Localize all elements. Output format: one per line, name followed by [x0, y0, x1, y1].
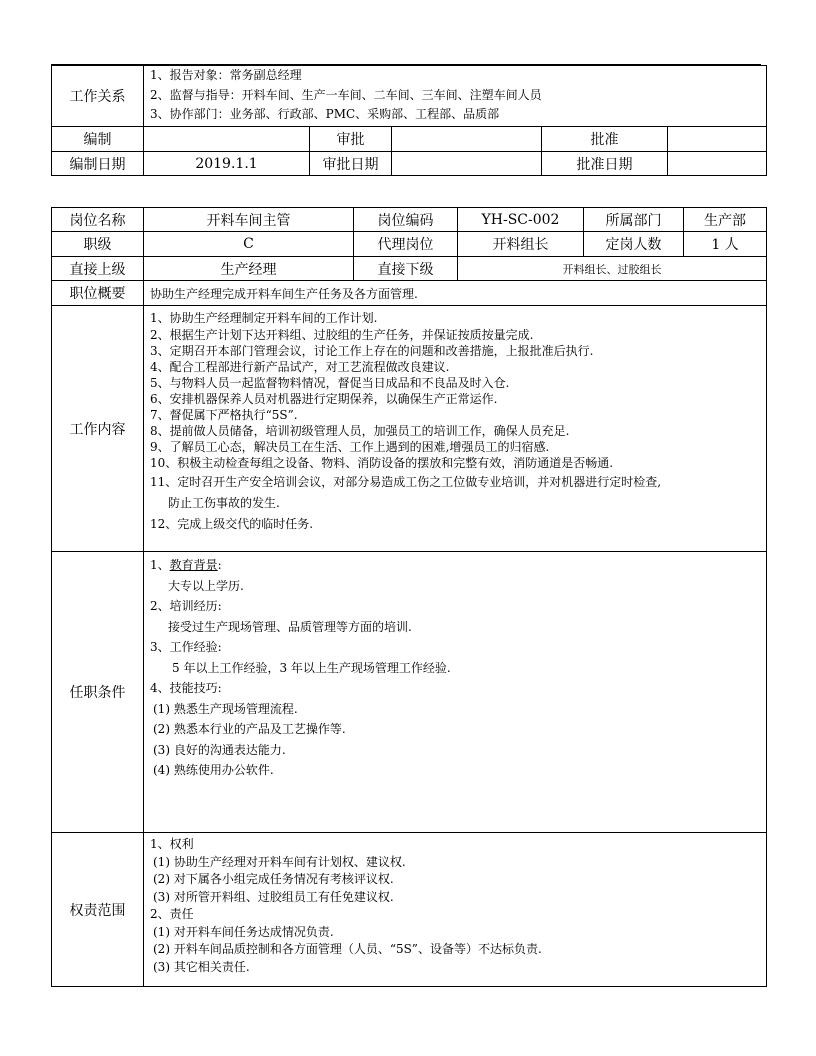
responsibility-item: (1) 对开料车间任务达成情况负责.	[150, 924, 760, 942]
duty-item: 3、定期召开本部门管理会议，讨论工作上存在的问题和改善措施，上报批准后执行.	[150, 343, 760, 359]
subordinate-value: 开料组长、过胶组长	[458, 257, 767, 281]
deputy-label: 代理岗位	[354, 232, 458, 257]
experience-value: 5 年以上工作经验，3 年以上生产现场管理工作经验.	[150, 658, 760, 679]
skill-item: (3) 良好的沟通表达能力.	[150, 740, 760, 761]
duty-item: 6、安排机器保养人员对机器进行定期保养，以确保生产正常运作.	[150, 391, 760, 407]
approved-by-label: 批准	[542, 127, 668, 152]
position-code-label: 岗位编码	[354, 208, 458, 232]
duty-item: 10、积极主动检查每组之设备、物料、消防设备的摆放和完整有效，消防通道是否畅通.	[150, 455, 760, 471]
right-item: (1) 协助生产经理对开料车间有计划权、建议权.	[150, 854, 760, 872]
reviewed-by-field[interactable]	[392, 127, 542, 152]
duty-item: 12、完成上级交代的临时任务.	[150, 513, 760, 535]
prepared-by-field[interactable]	[144, 127, 310, 152]
superior-value: 生产经理	[144, 257, 354, 281]
skill-item: (2) 熟悉本行业的产品及工艺操作等.	[150, 719, 760, 740]
summary-label: 职位概要	[52, 281, 144, 306]
summary-text: 协助生产经理完成开料车间生产任务及各方面管理.	[144, 281, 767, 306]
duties-row: 工作内容 1、协助生产经理制定开料车间的工作计划. 2、根据生产计划下达开料组、…	[52, 306, 767, 552]
prepared-date-label: 编制日期	[52, 152, 144, 176]
duty-item-continuation: 防止工伤事故的发生.	[150, 493, 760, 513]
education-value: 大专以上学历.	[150, 576, 760, 597]
reviewed-by-label: 审批	[310, 127, 392, 152]
duty-item: 9、了解员工心态，解决员工在生活、工作上遇到的困难,增强员工的归宿感.	[150, 439, 760, 455]
relation-line: 3、协作部门：业务部、行政部、PMC、采购部、工程部、品质部	[150, 105, 766, 125]
responsibility-item: (3) 其它相关责任.	[150, 959, 760, 977]
skill-item: (4) 熟练使用办公软件.	[150, 760, 760, 781]
position-row: 岗位名称 开料车间主管 岗位编码 YH-SC-002 所属部门 生产部	[52, 208, 767, 232]
duty-item: 1、协助生产经理制定开料车间的工作计划.	[150, 309, 760, 327]
responsibility-item: (2) 开料车间品质控制和各方面管理（人员、“5S”、设备等）不达标负责.	[150, 941, 760, 959]
job-description-table: 岗位名称 开料车间主管 岗位编码 YH-SC-002 所属部门 生产部 职级 C…	[51, 207, 767, 987]
education-heading: 1、教育背景:	[150, 555, 760, 576]
deputy-value: 开料组长	[458, 232, 584, 257]
duty-item: 7、督促属下严格执行“5S”.	[150, 407, 760, 423]
headcount-label: 定岗人数	[584, 232, 684, 257]
relation-line: 1、报告对象：常务副总经理	[150, 66, 766, 86]
relation-line: 2、监督与指导：开料车间、生产一车间、二车间、三车间、注塑车间人员	[150, 86, 766, 106]
duty-item: 11、定时召开生产安全培训会议，对部分易造成工伤之工位做专业培训，并对机器进行定…	[150, 471, 760, 493]
responsibilities-heading: 2、责任	[150, 906, 760, 924]
authority-row: 权责范围 1、权利 (1) 协助生产经理对开料车间有计划权、建议权. (2) 对…	[52, 833, 767, 987]
approval-table: 工作关系 1、报告对象：常务副总经理 2、监督与指导：开料车间、生产一车间、二车…	[51, 65, 767, 176]
dates-row: 编制日期 2019.1.1 审批日期 批准日期	[52, 152, 767, 176]
review-date-field[interactable]	[392, 152, 542, 176]
right-item: (2) 对下属各小组完成任务情况有考核评议权.	[150, 871, 760, 889]
skills-heading: 4、技能技巧:	[150, 678, 760, 699]
qualifications-row: 任职条件 1、教育背景: 大专以上学历. 2、培训经历: 接受过生产现场管理、品…	[52, 552, 767, 833]
subordinate-label: 直接下级	[354, 257, 458, 281]
skill-item: (1) 熟悉生产现场管理流程.	[150, 699, 760, 720]
work-relations-content: 1、报告对象：常务副总经理 2、监督与指导：开料车间、生产一车间、二车间、三车间…	[144, 66, 767, 127]
right-item: (3) 对所管开料组、过胶组员工有任免建议权.	[150, 889, 760, 907]
prepared-date-field[interactable]: 2019.1.1	[144, 152, 310, 176]
grade-row: 职级 C 代理岗位 开料组长 定岗人数 1 人	[52, 232, 767, 257]
duties-list: 1、协助生产经理制定开料车间的工作计划. 2、根据生产计划下达开料组、过胶组的生…	[144, 306, 767, 552]
grade-value: C	[144, 232, 354, 257]
headcount-value: 1 人	[684, 232, 767, 257]
education-heading-text: 教育背景	[170, 558, 218, 572]
rights-heading: 1、权利	[150, 836, 760, 854]
work-relations-label: 工作关系	[52, 66, 144, 127]
summary-row: 职位概要 协助生产经理完成开料车间生产任务及各方面管理.	[52, 281, 767, 306]
department-value: 生产部	[684, 208, 767, 232]
position-name-label: 岗位名称	[52, 208, 144, 232]
approve-date-field[interactable]	[668, 152, 767, 176]
grade-label: 职级	[52, 232, 144, 257]
position-name-value: 开料车间主管	[144, 208, 354, 232]
position-code-value: YH-SC-002	[458, 208, 584, 232]
approve-date-label: 批准日期	[542, 152, 668, 176]
reporting-row: 直接上级 生产经理 直接下级 开料组长、过胶组长	[52, 257, 767, 281]
training-value: 接受过生产现场管理、品质管理等方面的培训.	[150, 617, 760, 638]
authority-list: 1、权利 (1) 协助生产经理对开料车间有计划权、建议权. (2) 对下属各小组…	[144, 833, 767, 987]
qualifications-label: 任职条件	[52, 552, 144, 833]
education-heading-colon: :	[218, 558, 222, 572]
review-date-label: 审批日期	[310, 152, 392, 176]
experience-heading: 3、工作经验:	[150, 637, 760, 658]
authority-label: 权责范围	[52, 833, 144, 987]
education-heading-num: 1、	[150, 558, 170, 572]
duties-label: 工作内容	[52, 306, 144, 552]
duty-item: 8、提前做人员储备，培训初级管理人员，加强员工的培训工作，确保人员充足.	[150, 423, 760, 439]
work-relations-row: 工作关系 1、报告对象：常务副总经理 2、监督与指导：开料车间、生产一车间、二车…	[52, 66, 767, 127]
prepared-by-label: 编制	[52, 127, 144, 152]
superior-label: 直接上级	[52, 257, 144, 281]
duty-item: 2、根据生产计划下达开料组、过胶组的生产任务，并保证按质按量完成.	[150, 327, 760, 343]
department-label: 所属部门	[584, 208, 684, 232]
duty-item: 4、配合工程部进行新产品试产，对工艺流程做改良建议.	[150, 359, 760, 375]
training-heading: 2、培训经历:	[150, 596, 760, 617]
qualifications-list: 1、教育背景: 大专以上学历. 2、培训经历: 接受过生产现场管理、品质管理等方…	[144, 552, 767, 833]
duty-item: 5、与物料人员一起监督物料情况，督促当日成品和不良品及时入仓.	[150, 375, 760, 391]
prepare-row: 编制 审批 批准	[52, 127, 767, 152]
approved-by-field[interactable]	[668, 127, 767, 152]
